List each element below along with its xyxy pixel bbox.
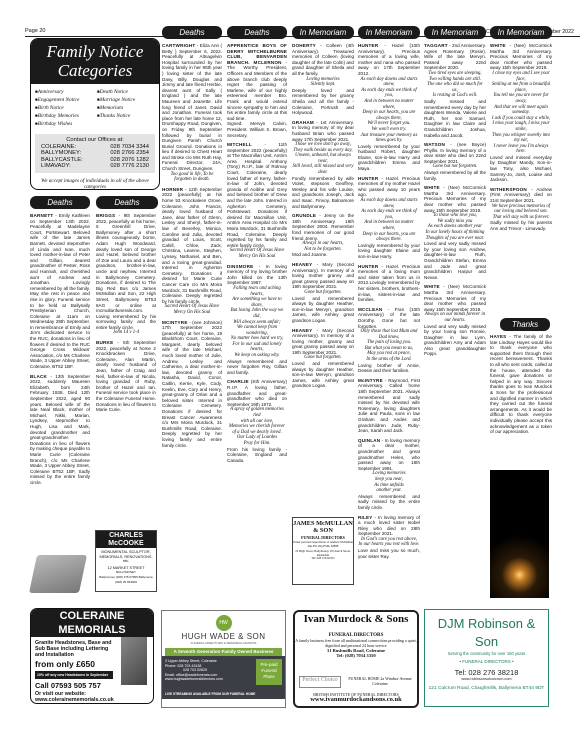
notice-charlie: CHARLIE (Kth Anniversary) R.I.P. A lovin… xyxy=(227,379,287,463)
office-contacts: Contact our Offices at: COLERAINE:028 70… xyxy=(35,134,155,173)
office-row: LIMAVADY:028 7776 2130 xyxy=(41,163,149,170)
ad-hugh-wade: HW HUGH WADE & SON FUNERAL DIRECTORS & M… xyxy=(161,610,286,708)
notice-barnett: BARNETT - Emily Kathleen on September 13… xyxy=(30,213,90,370)
section-in-memoriam: In Memoriam xyxy=(424,26,486,39)
section-deaths: Deaths xyxy=(96,196,158,209)
notice-hayes: HAYES - The family of the late Lindsay H… xyxy=(490,334,552,435)
notice-watson: WATSON - (nee Boyce) Phyllis. In loving … xyxy=(424,142,486,181)
website-link[interactable]: www.colerainememorials.co.uk xyxy=(35,697,149,703)
section-in-memoriam: In Memoriam xyxy=(358,26,420,39)
family-notice-categories-box: Family Notice Categories Anniversary Dea… xyxy=(30,38,160,190)
column-memoriam-4: WHITE - (Nee) McCormick Martha 3rd Anniv… xyxy=(490,43,552,315)
candle-image xyxy=(490,470,549,598)
office-row: COLERAINE:028 7034 3344 xyxy=(41,144,149,151)
notice-heaney: HEANEY - Mary (Second Anniversary). In m… xyxy=(292,328,354,390)
section-deaths: Deaths xyxy=(227,26,287,39)
ad-djm-robinson: DJM Robinson & Son Serving the community… xyxy=(424,609,549,707)
category-item: Memoriam xyxy=(97,104,159,112)
office-row: BALLYCASTLE:028 2076 1282 xyxy=(41,157,149,164)
category-item: Birth Notice xyxy=(35,104,97,112)
notice-heaney: HEANEY - Mary (Second Anniversary). In m… xyxy=(292,262,354,324)
notice-dinsmore: DINSMORE - In loving memory of my loving… xyxy=(227,264,287,376)
notice-hunter: HUNTER - Hazel. Precious memories of a l… xyxy=(358,264,420,303)
column-memoriam-3: TAGGART - 2nd Anniversary. Agnes Rosemar… xyxy=(424,43,486,603)
ad-ivan-murdock: Ivan Murdock & Sons FUNERAL DIRECTORS A … xyxy=(293,610,419,708)
notice-white: WHITE - (Nee) McCormick Martha 3rd Anniv… xyxy=(424,185,486,280)
categories-title: Family Notice Categories xyxy=(31,39,159,84)
section-in-memoriam: In Memoriam xyxy=(292,26,354,39)
notice-mcintyre: MCINTYRE - (nee Johnson) 17th September … xyxy=(162,320,222,449)
category-item: Death Notice xyxy=(97,88,159,96)
notice-white: WHITE - (Nee) McCormick Martha 3rd Anniv… xyxy=(424,284,486,357)
column-deaths-3: CARTWRIGHT - Eliza Ann ( Betty ) Septemb… xyxy=(162,43,222,603)
perfect-choice-logo: Perfect Choice xyxy=(299,676,341,688)
category-item: Marriage Notice xyxy=(97,96,159,104)
notice-black: BLACK - 13th September 2022, suddenly Ma… xyxy=(30,374,90,486)
notice-mcclean: MCCLEAN - Fran (10th Anniversary) of the… xyxy=(358,307,420,374)
column-memoriam-2: HUNTER - Hazel (10th Anniversary). Preci… xyxy=(358,43,420,603)
column-memoriam-1: DOHERTY - Colleen (4th Anniversary). Tre… xyxy=(292,43,354,513)
notice-apprentice-boys: APPRENTICE BOYS OF DERRY MITCHELBURNE CL… xyxy=(227,43,287,138)
section-deaths: Deaths xyxy=(162,26,222,39)
bible-image xyxy=(29,555,87,593)
notice-hunter: HUNTER - Hazel. Precious memories of my … xyxy=(358,176,420,260)
notice-doherty: DOHERTY - Colleen (4th Anniversary). Tre… xyxy=(292,43,354,116)
category-item: Birthday Memories xyxy=(35,112,97,120)
notice-witherspoon: WITHERSPOON - Andrew (First Anniversary)… xyxy=(490,187,552,232)
notice-mitchell: MITCHELL - 11th September 2022 (peaceful… xyxy=(227,142,287,259)
notice-graham: GRAHAM - 1st Anniversary. In loving memo… xyxy=(292,120,354,210)
notice-quinlan: QUINLAN - In loving memory of a dear mot… xyxy=(358,438,420,511)
column-deaths-2: BRIGGS - 9th September 2022, peacefully … xyxy=(96,213,156,529)
column-deaths-4: APPRENTICE BOYS OF DERRY MITCHELBURNE CL… xyxy=(227,43,287,603)
notice-riley: RILEY - In loving memory of a much loved… xyxy=(358,515,420,560)
notice-hunter: HUNTER - Hazel (10th Anniversary). Preci… xyxy=(358,43,420,172)
website-link[interactable]: www.robinsonsofculcrum.com xyxy=(425,677,548,681)
notice-mcintyre-raymond: McINTYRE - Raymond, First Anniversary. C… xyxy=(358,378,420,434)
category-item: Thanks Notice xyxy=(97,112,159,120)
website-link[interactable]: www.ivanmurdockandsons.co.uk xyxy=(295,696,417,703)
ad-james-mcmullan: JAMES McMULLAN & SON FUNERAL DIRECTORS U… xyxy=(292,517,354,585)
notice-briggs: BRIGGS - 9th September 2022, peacefully … xyxy=(96,213,156,336)
images-note: We accept images of individuals in all o… xyxy=(31,175,159,190)
notice-white: WHITE - (Nee) McCormick Martha 3rd Anniv… xyxy=(490,43,552,183)
headstone-image xyxy=(121,637,147,685)
section-thanks: Thanks xyxy=(500,318,550,331)
ad-charles-mccooke: CHARLESMcCOOKE MONUMENTAL SCULPTOR, MEMO… xyxy=(95,530,157,592)
section-deaths: Deaths xyxy=(30,196,90,209)
office-row: BALLYMONEY:028 2766 2354 xyxy=(41,150,149,157)
notice-horner: HORNER - 12th September 2022 (peacefully… xyxy=(162,187,222,316)
page-number: Page 20 xyxy=(25,28,46,34)
column-deaths-1: BARNETT - Emily Kathleen on September 13… xyxy=(30,213,90,531)
section-in-memoriam: In Memoriam xyxy=(490,26,552,39)
notice-burke: BURKE - 5th September 2022, peacefully a… xyxy=(96,340,156,413)
category-item: Birthday Wishes xyxy=(35,120,97,128)
category-item: Anniversary xyxy=(35,88,97,96)
notice-cartwright: CARTWRIGHT - Eliza Ann ( Betty ) Septemb… xyxy=(162,43,222,183)
category-item: Engagement Notice xyxy=(35,96,97,104)
ad-coleraine-memorials: COLERAINE MEMORIALS Granite Headstones, … xyxy=(30,608,154,704)
notice-grundle: GRUNDLE - Jenny on the 18th Anniversary … xyxy=(292,213,354,258)
category-list: Anniversary Death Notice Engagement Noti… xyxy=(31,84,159,132)
notice-taggart: TAGGART - 2nd Anniversary. Agnes Rosemar… xyxy=(424,43,486,138)
hw-logo-icon: HW xyxy=(216,615,232,631)
column-thanks: HAYES - The family of the late Lindsay H… xyxy=(490,334,552,466)
